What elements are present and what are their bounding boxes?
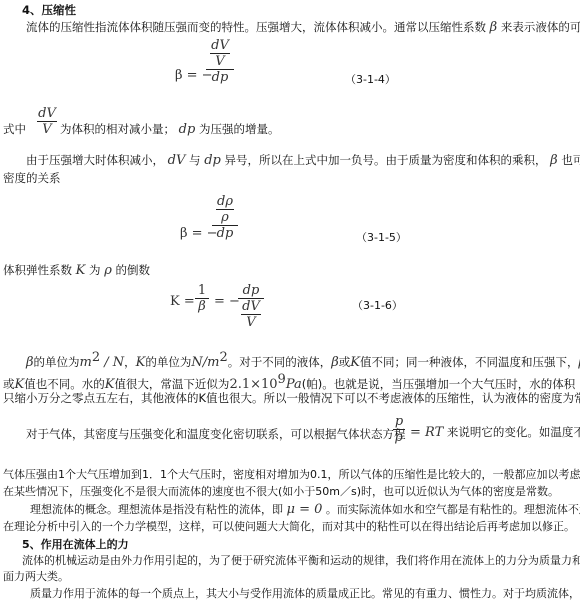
text: 或 — [339, 355, 351, 369]
dp-symbol: dp — [179, 122, 196, 137]
denominator: β — [198, 299, 206, 314]
where-label: 式中 — [3, 121, 26, 137]
text: 的单位为 — [34, 355, 80, 369]
text: 流体的压缩性指流体体积随压强而变的特性。压强增大，流体体积减小。通常以压缩性系数 — [26, 20, 486, 34]
denominator: ρ — [395, 430, 403, 445]
text: 理想流体的概念。理想流体是指没有粘性的流体，即 — [30, 503, 283, 516]
fraction: dV V dp — [206, 38, 234, 85]
dp-symbol: dp — [204, 153, 221, 168]
paragraph-units-line1: β的单位为m2 / N，K的单位为N/m2。对于不同的液体，β或K值不同；同一种… — [26, 350, 580, 370]
text: 。而实际流体如水和空气都是有粘性的。理想流体不过是 — [326, 503, 580, 516]
text: 的倒数 — [116, 263, 151, 277]
numerator: dV — [38, 106, 56, 121]
text: 对于气体，其密度与压强变化和温度变化密切联系，可以根据气体状态方程 — [26, 427, 406, 441]
equation-number: （3-1-4） — [345, 71, 396, 87]
section-4-heading: 4、压缩性 — [22, 2, 76, 18]
relative-volume-fraction: dV V — [36, 106, 58, 137]
K-symbol: K — [136, 355, 146, 370]
paragraph-line: 密度的关系 — [3, 170, 61, 186]
paragraph-gas-line1: 对于气体，其密度与压强变化和温度变化密切联系，可以根据气体状态方程 — [26, 426, 406, 442]
denominator: V — [42, 122, 51, 137]
denominator: dp — [212, 70, 229, 85]
text: 异号，所以在上式中加一负号。由于质量为密度和体积的乘积， — [225, 153, 547, 167]
beta-symbol: β — [26, 355, 34, 370]
fraction: dρ ρ dp — [212, 194, 238, 241]
text: 的单位为 — [145, 355, 191, 369]
dV-symbol: dV — [168, 153, 186, 168]
paragraph-compressibility-definition: 流体的压缩性指流体体积随压强而变的特性。压强增大，流体体积减小。通常以压缩性系数… — [26, 19, 580, 35]
K-symbol: K — [76, 263, 86, 278]
equation-number: （3-1-6） — [352, 297, 403, 313]
rho-symbol: ρ — [104, 263, 112, 278]
mu-equation: μ = 0 — [287, 502, 323, 517]
paragraph-sign-explanation: 由于压强增大时体积减小， dV 与 dp 异号，所以在上式中加一负号。由于质量为… — [26, 152, 580, 168]
text: 。对于不同的液体， — [228, 355, 332, 369]
text: 来表示液体的可压缩性。 — [501, 20, 580, 34]
eq-lhs: K = — [170, 294, 195, 309]
denominator-bottom: V — [246, 315, 255, 330]
text: 与 — [189, 153, 201, 167]
paragraph-gas-line2: 气体压强由1个大气压增加到1．1个大气压时，密度相对增加为0.1，所以气体的压缩… — [3, 466, 580, 482]
text: 为压强的增量。 — [199, 122, 280, 136]
eq-mid: = − — [214, 294, 240, 309]
text: 体积弹性系数 — [3, 263, 72, 277]
paragraph-gas-line3: 在某些情况下，压强变化不是很大而流体的速度也不很大(如小于50m／s)时，也可以… — [3, 483, 559, 499]
state-equation-fraction: p ρ — [393, 414, 405, 445]
where-description: 为体积的相对减小量； dp 为压强的增量。 — [60, 121, 279, 137]
beta-symbol: β — [490, 20, 498, 35]
text: 为体积的相对减小量； — [60, 122, 175, 136]
numerator-top: dρ — [217, 194, 233, 209]
unit: / N — [100, 355, 124, 370]
text: 值很大，常温下近似为 — [114, 377, 229, 391]
section-5-heading: 5、作用在流体上的力 — [22, 536, 129, 552]
unit: N/m — [191, 355, 219, 370]
text: (帕)。也就是说，当压强增加一个大气压时，水的体积 — [302, 377, 575, 391]
paragraph-forces-line2: 面力两大类。 — [3, 568, 69, 584]
numerator-bottom: ρ — [221, 210, 229, 225]
paragraph-ideal-fluid-line2: 在理论分析中引入的一个力学模型，这样，可以使问题大大简化，而对其中的粘性可以在得… — [3, 518, 575, 534]
text: 值不同；同一种液体，不同温度和压强下， — [360, 355, 579, 369]
numerator: p — [395, 414, 403, 429]
numerator: 1 — [198, 283, 206, 298]
exponent: 9 — [278, 372, 286, 387]
paragraph-body-force-line1: 质量力作用于流体的每一个质点上，其大小与受作用流体的质量成正比。常见的有重力、惯… — [30, 585, 580, 600]
exponent: 2 — [219, 350, 227, 365]
text: 值也不同。水的 — [24, 377, 105, 391]
paragraph-forces-line1: 流体的机械运动是由外力作用引起的，为了便于研究流体平衡和运动的规律，我们将作用在… — [22, 552, 580, 568]
unit: m — [80, 355, 92, 370]
numerator: dp — [243, 283, 260, 298]
text: 为 — [89, 263, 101, 277]
text: 或 — [3, 377, 15, 391]
state-equation-rhs: = RT — [410, 425, 443, 440]
paragraph-bulk-modulus: 体积弹性系数 K 为 ρ 的倒数 — [3, 262, 150, 278]
fraction: dp dV V — [238, 283, 264, 330]
paragraph-units-line2: 或K值也不同。水的K值很大，常温下近似为2.1×109Pa(帕)。也就是说，当压… — [3, 372, 575, 392]
denominator-top: dV — [242, 299, 260, 314]
beta-symbol: β — [550, 153, 558, 168]
reciprocal-fraction: 1 β — [195, 283, 209, 314]
text: 也可表示为 — [561, 153, 580, 167]
numerator-top: dV — [211, 38, 229, 53]
K-symbol: K — [350, 355, 360, 370]
text: ， — [124, 355, 136, 369]
beta-symbol: β — [331, 355, 339, 370]
denominator: dp — [217, 226, 234, 241]
text: 由于压强增大时体积减小， — [26, 153, 164, 167]
paragraph-ideal-fluid-line1: 理想流体的概念。理想流体是指没有粘性的流体，即 μ = 0 。而实际流体如水和空… — [30, 501, 580, 517]
exponent: 2 — [92, 350, 100, 365]
text: 来说明它的变化。如温度不变， — [447, 425, 580, 439]
paragraph-units-line3: 只缩小万分之零点五左右，其他液体的K值也很大。所以一般情况下可以不考虑液体的压缩… — [3, 390, 580, 406]
paragraph-gas-line1-tail: = RT 来说明它的变化。如温度不变， — [410, 424, 580, 440]
equation-number: （3-1-5） — [356, 229, 407, 245]
numerator-bottom: V — [215, 54, 224, 69]
